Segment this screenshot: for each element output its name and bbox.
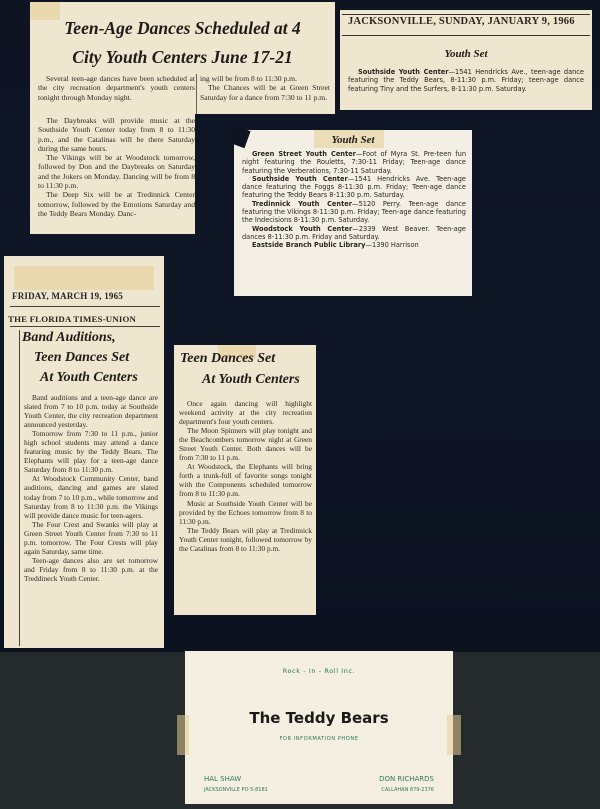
listings: Green Street Youth Center—Foot of Myra S… — [242, 150, 466, 250]
venue-name: Woodstock Youth Center — [252, 225, 352, 233]
headline-line-1: Teen Dances Set — [180, 349, 275, 369]
headline-line-2: City Youth Centers June 17-21 — [30, 45, 335, 69]
venue-name: Southside Youth Center — [358, 68, 448, 76]
rule — [10, 326, 160, 327]
business-card-teddy-bears: Rock - In - Roll Inc. The Teddy Bears FO… — [185, 651, 453, 804]
venue-name: Tredinnick Youth Center — [252, 200, 352, 208]
contact-right-name: DON RICHARDS — [379, 775, 434, 783]
band-name: The Teddy Bears — [185, 709, 453, 727]
paragraph: The Teddy Bears will play at Tredinnick … — [179, 526, 312, 553]
article-body: Band auditions and a teen-age dance are … — [24, 393, 158, 583]
paragraph: At Woodstock Community Center, band audi… — [24, 474, 158, 519]
newspaper-name: THE FLORIDA TIMES-UNION — [8, 314, 136, 324]
paragraph: Tomorrow from 7:30 to 11 p.m., junior hi… — [24, 429, 158, 474]
section-title: Youth Set — [340, 48, 592, 60]
venue-name: Eastside Branch Public Library — [252, 241, 365, 249]
column-a: Several teen-age dances have been schedu… — [38, 74, 195, 102]
section-title: Youth Set — [234, 134, 472, 146]
column-b: ing will be from 8 to 11:30 p.m. The Cha… — [200, 74, 330, 102]
clipping-youth-set-jan-1966: JACKSONVILLE, SUNDAY, JANUARY 9, 1966 Yo… — [340, 10, 592, 110]
venue-name: Southside Youth Center — [252, 175, 348, 183]
clipping-teen-age-dances-june: Teen-Age Dances Scheduled at 4 City Yout… — [30, 2, 335, 114]
contact-left-phone: JACKSONVILLE PO 5-8181 — [204, 787, 268, 793]
headline-line-2: At Youth Centers — [202, 370, 300, 390]
column-divider — [196, 74, 197, 114]
tape-strip — [14, 266, 154, 290]
column-rule — [19, 330, 20, 646]
clipping-youth-set-listings: Youth Set Green Street Youth Center—Foot… — [234, 130, 472, 296]
paragraph: The Four Crest and Swanks will play at G… — [24, 520, 158, 556]
paragraph: The Moon Spinners will play tonight and … — [179, 426, 312, 462]
paragraph: Teen-age dances also are set tomorrow an… — [24, 556, 158, 583]
rule — [342, 14, 590, 15]
rule — [342, 35, 590, 36]
headline-line-1: Band Auditions, — [22, 328, 162, 348]
rule — [10, 306, 160, 307]
paragraph: The Deep Six will be at Tredinnick Cente… — [38, 190, 195, 218]
venue-name: Green Street Youth Center — [252, 150, 356, 158]
paragraph: The Daybreaks will provide music at the … — [38, 116, 195, 153]
paragraph: Band auditions and a teen-age dance are … — [24, 393, 158, 429]
paragraph: ing will be from 8 to 11:30 p.m. — [200, 74, 330, 83]
clipping-teen-dances-set: Teen Dances Set At Youth Centers Once ag… — [174, 345, 316, 615]
contact-left-name: HAL SHAW — [204, 775, 241, 783]
clipping-band-auditions-march-1965: FRIDAY, MARCH 19, 1965 THE FLORIDA TIMES… — [4, 256, 164, 648]
clipping-teen-age-dances-june-continued: The Daybreaks will provide music at the … — [30, 112, 195, 234]
headline-line-3: At Youth Centers — [40, 368, 180, 388]
venue-details: —1390 Harrison — [365, 241, 418, 249]
paragraph: Once again dancing will highlight weeken… — [179, 399, 312, 426]
paragraph: The Vikings will be at Woodstock tomorro… — [38, 153, 195, 190]
contact-right-phone: CALLAHAN 879-2376 — [381, 787, 434, 793]
paragraph: The Chances will be at Green Street Satu… — [200, 83, 330, 102]
paragraph: At Woodstock, the Elephants will bring f… — [179, 462, 312, 498]
masthead-date: FRIDAY, MARCH 19, 1965 — [12, 291, 123, 301]
listing: Southside Youth Center—1541 Hendricks Av… — [348, 68, 584, 93]
paragraph: Several teen-age dances have been schedu… — [38, 74, 195, 102]
company-name: Rock - In - Roll Inc. — [185, 667, 453, 675]
info-label: FOR INFORMATION PHONE — [185, 736, 453, 742]
column-a-continued: The Daybreaks will provide music at the … — [38, 116, 195, 218]
masthead-date: JACKSONVILLE, SUNDAY, JANUARY 9, 1966 — [348, 16, 575, 27]
headline-line-1: Teen-Age Dances Scheduled at 4 — [30, 16, 335, 40]
headline-line-2: Teen Dances Set — [34, 348, 174, 368]
paragraph: Music at Southside Youth Center will be … — [179, 499, 312, 526]
article-body: Once again dancing will highlight weeken… — [179, 399, 312, 553]
